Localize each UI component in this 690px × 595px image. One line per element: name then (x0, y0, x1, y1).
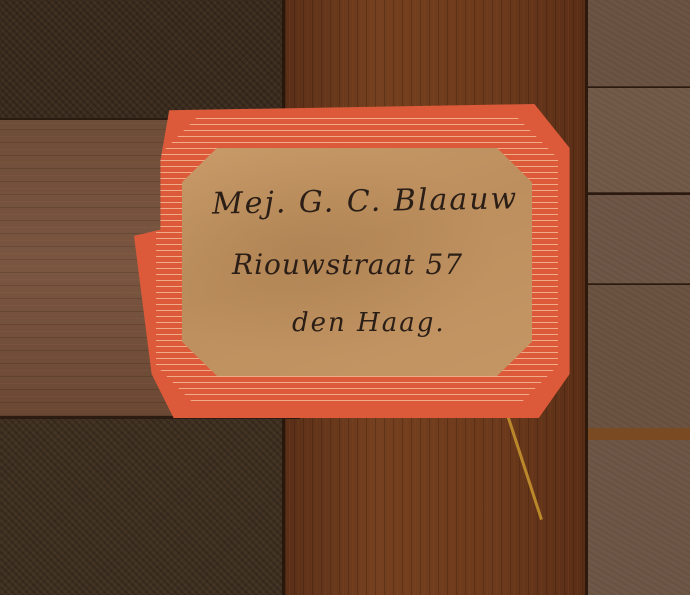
right-paper-piece (582, 195, 690, 284)
label-line-street: Riouwstraat 57 (232, 248, 463, 281)
label-line-city: den Haag. (292, 308, 446, 338)
right-paper-piece (582, 285, 690, 429)
right-paper-piece (582, 440, 690, 595)
canvas-top-left (0, 0, 285, 125)
handwritten-text: Mej. G. C. Blaauw Riouwstraat 57 den Haa… (182, 148, 532, 376)
right-paper-piece (582, 88, 690, 193)
right-wood-strip (582, 428, 690, 440)
canvas-bottom-left (0, 412, 290, 595)
paper-label: Mej. G. C. Blaauw Riouwstraat 57 den Haa… (134, 104, 574, 418)
right-paper-piece (582, 0, 690, 87)
label-line-name: Mej. G. C. Blaauw (212, 181, 519, 221)
label-paper-area: Mej. G. C. Blaauw Riouwstraat 57 den Haa… (182, 148, 532, 376)
